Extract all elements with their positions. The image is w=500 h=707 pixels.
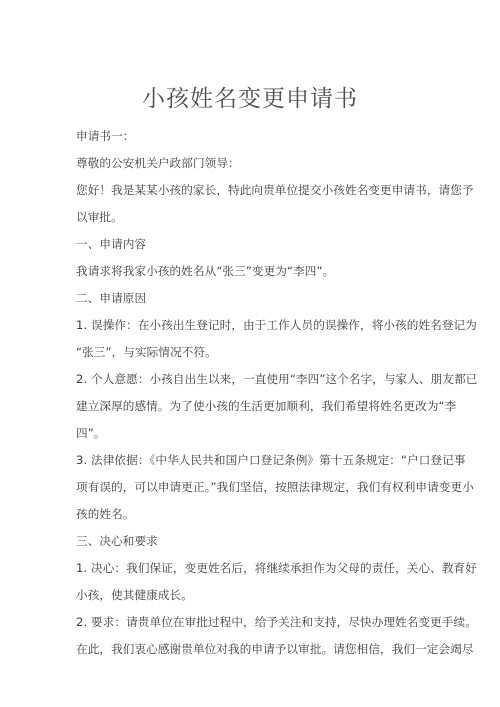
addressee: 尊敬的公安机关户政部门领导：	[76, 153, 426, 180]
closing-paragraph-line: 在此，我们衷心感谢贵单位对我的申请予以审批。请您相信，我们一定会竭尽	[76, 639, 426, 666]
reason-2-line: 2. 个人意愿：小孩自出生以来，一直使用“李四”这个名字，与家人、朋友都已	[76, 369, 426, 396]
reason-1-line: “张三”，与实际情况不符。	[76, 342, 426, 369]
reason-2-line: 建立深厚的感情。为了使小孩的生活更加顺利，我们希望将姓名更改为“李	[76, 396, 426, 423]
resolve-1-line: 小孩，使其健康成长。	[76, 585, 426, 612]
document-title: 小孩姓名变更申请书	[0, 84, 500, 114]
section-heading-reasons: 二、申请原因	[76, 288, 426, 315]
section-heading-resolve: 三、决心和要求	[76, 531, 426, 558]
reason-1-line: 1. 误操作：在小孩出生登记时，由于工作人员的误操作，将小孩的姓名登记为	[76, 315, 426, 342]
request-paragraph-line: 我请求将我家小孩的姓名从“张三”变更为“李四”。	[76, 261, 426, 288]
resolve-1-line: 1. 决心：我们保证，变更姓名后，将继续承担作为父母的责任，关心、教育好	[76, 558, 426, 585]
reason-3-line: 3. 法律依据：《中华人民共和国户口登记条例》第十五条规定：“户口登记事	[76, 450, 426, 477]
salutation-heading: 申请书一：	[76, 126, 426, 153]
document-body: 申请书一： 尊敬的公安机关户政部门领导： 您好！我是某某小孩的家长，特此向贵单位…	[76, 126, 426, 666]
intro-paragraph-line: 您好！我是某某小孩的家长，特此向贵单位提交小孩姓名变更申请书，请您予	[76, 180, 426, 207]
reason-3-line: 项有误的，可以申请更正。”我们坚信，按照法律规定，我们有权利申请变更小	[76, 477, 426, 504]
intro-paragraph-line: 以审批。	[76, 207, 426, 234]
reason-2-line: 四”。	[76, 423, 426, 450]
resolve-2-line: 2. 要求：请贵单位在审批过程中，给予关注和支持，尽快办理姓名变更手续。	[76, 612, 426, 639]
reason-3-line: 孩的姓名。	[76, 504, 426, 531]
section-heading-content: 一、申请内容	[76, 234, 426, 261]
document-page: 小孩姓名变更申请书 申请书一： 尊敬的公安机关户政部门领导： 您好！我是某某小孩…	[0, 0, 500, 707]
